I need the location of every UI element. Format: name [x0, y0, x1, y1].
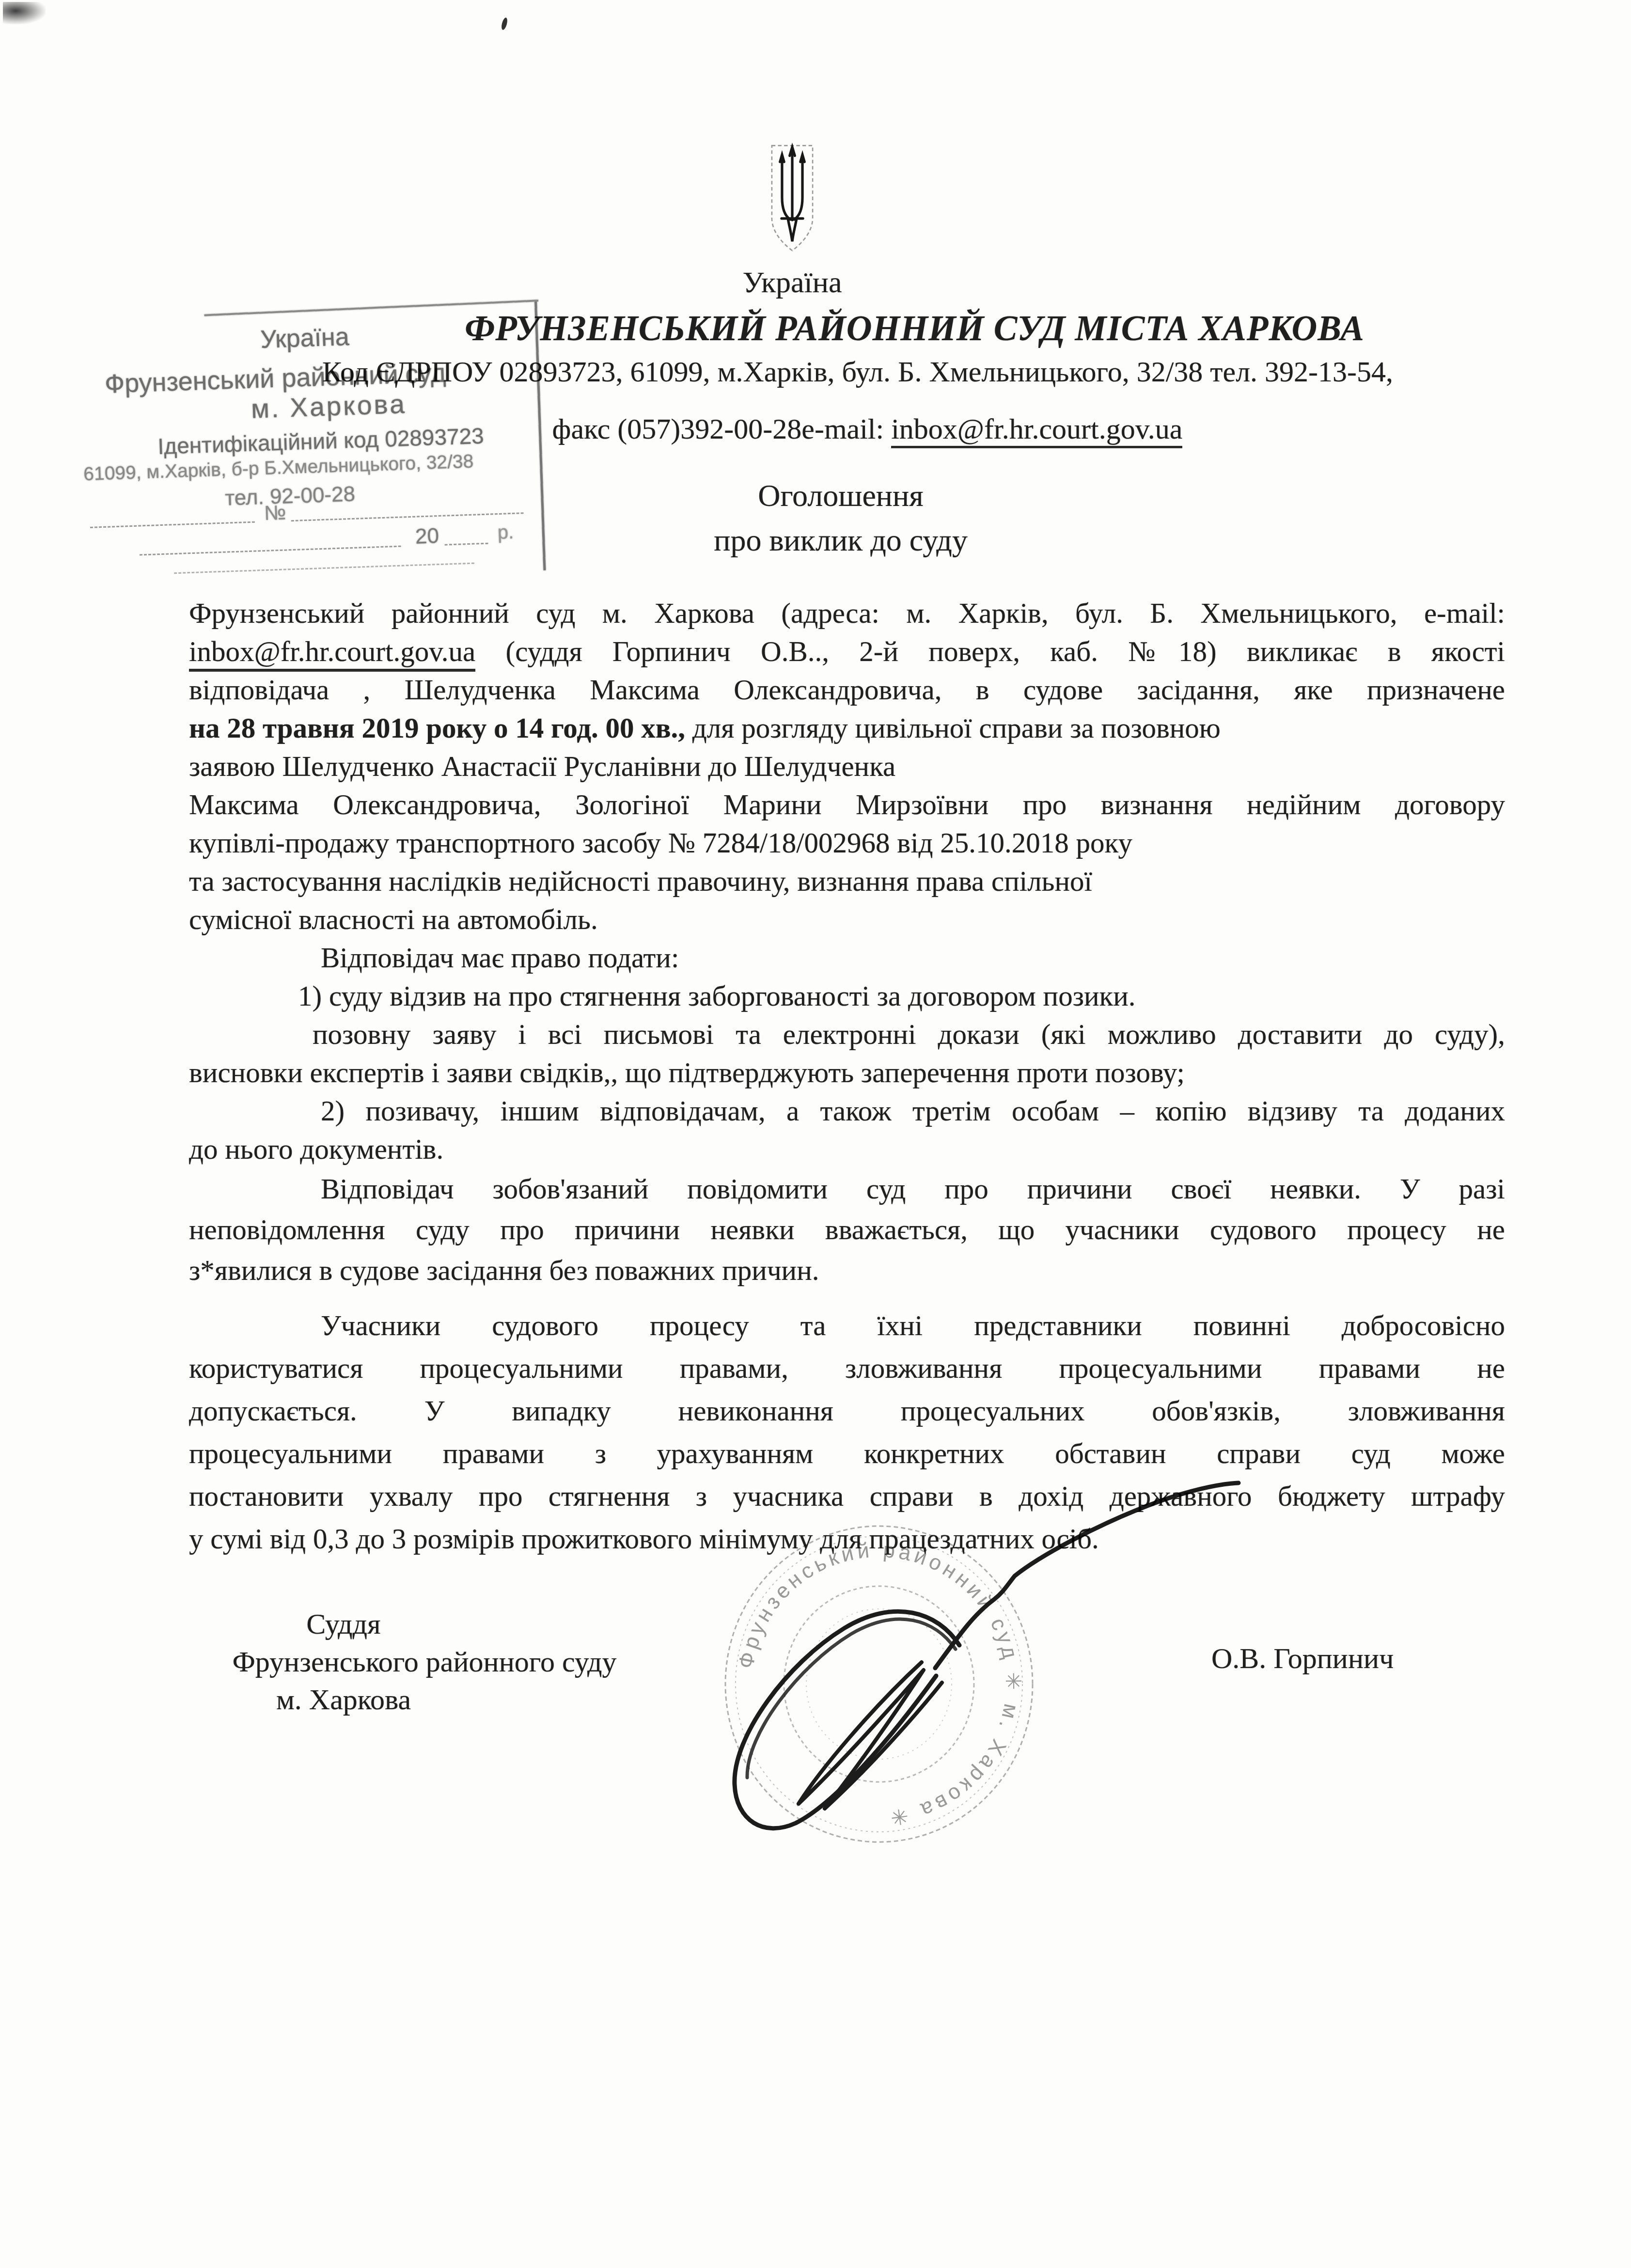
body-line: користуватися процесуальними правами, зл… [189, 1347, 1505, 1389]
scan-smudge [3, 2, 46, 24]
court-seal-and-signature: Фрунзенський районний суд ✳ м. Харкова ✳ [669, 1464, 1299, 1924]
body-line: позовну заяву і всі письмові та електрон… [189, 1015, 1505, 1054]
hearing-date-bold: на 28 травня 2019 року о 14 год. 00 хв., [189, 712, 685, 744]
body-line: Максима Олександровича, Зологіної Марини… [189, 786, 1505, 824]
ukraine-trident-emblem-icon [766, 142, 819, 260]
body-line: допускається. У випадку невиконання проц… [189, 1389, 1505, 1432]
stamp-city: м. Харкова [251, 388, 407, 425]
stamp-phone: тел. 92-00-28 [224, 482, 355, 511]
seal-rings [725, 1526, 1033, 1842]
signature-caption-block: Суддя Фрунзенського районного суду м. Ха… [196, 1605, 653, 1718]
stamp-ruled-line [291, 512, 524, 521]
stamp-border [204, 299, 539, 316]
body-line-text: для розгляду цивільної справи за позовно… [685, 712, 1221, 744]
email-underlined: inbox@fr.hr.court.gov.ua [189, 635, 475, 672]
body-line: сумісної власності на автомобіль. [189, 900, 1505, 939]
court-name-heading: ФРУНЗЕНСЬКИЙ РАЙОННИЙ СУД МІСТА ХАРКОВА [436, 308, 1393, 349]
judge-title: Суддя [196, 1605, 491, 1643]
body-line: неповідомлення суду про причини неявки в… [189, 1209, 1505, 1250]
body-line: Відповідач має право подати: [189, 939, 1505, 977]
body-line: 1) суду відзив на про стягнення заборгов… [189, 977, 1505, 1015]
body-line: 2) позивачу, іншим відповідачам, а також… [189, 1092, 1505, 1130]
body-line: Учасники судового процесу та їхні предст… [189, 1304, 1505, 1347]
body-line: Фрунзенський районний суд м. Харкова (ад… [189, 594, 1505, 632]
body-line: Відповідач зобов'язаний повідомити суд п… [189, 1168, 1505, 1209]
body-line: з*явилися в судове засідання без поважни… [189, 1250, 1505, 1291]
stamp-ruled-line [445, 543, 488, 546]
fax-label: факс (057)392-00-28e-mail: [552, 413, 892, 445]
judge-city: м. Харкова [196, 1681, 491, 1718]
stamp-country: Україна [260, 322, 349, 354]
body-line: відповідача , Шелудченка Максима Олексан… [189, 671, 1505, 709]
body-line: до нього документів. [189, 1130, 1505, 1168]
body-line-text: (суддя Горпинич О.В.., 2-й поверх, каб. … [475, 635, 1505, 667]
body-section-1: Фрунзенський районний суд м. Харкова (ад… [189, 594, 1505, 1168]
body-section-2: Відповідач зобов'язаний повідомити суд п… [189, 1168, 1505, 1291]
country-name: Україна [678, 266, 906, 300]
stamp-ruled-line [174, 563, 474, 574]
document-body: Фрунзенський районний суд м. Харкова (ад… [189, 594, 1505, 1560]
body-line: на 28 травня 2019 року о 14 год. 00 хв.,… [189, 709, 1505, 747]
body-line: заявою Шелудченко Анастасії Русланівни д… [189, 747, 1505, 786]
body-line: висновки експертів і заяви свідків,, що … [189, 1054, 1505, 1092]
body-line: купівлі-продажу транспортного засобу № 7… [189, 824, 1505, 862]
scanned-court-document: Україна ФРУНЗЕНСЬКИЙ РАЙОННИЙ СУД МІСТА … [0, 0, 1631, 2268]
scan-smudge [501, 17, 508, 31]
stamp-year-suffix: р. [497, 521, 514, 544]
stamp-ruled-line [140, 546, 401, 556]
stamp-address: 61099, м.Харків, б-р Б.Хмельницького, 32… [83, 451, 474, 486]
court-email: inbox@fr.hr.court.gov.ua [891, 413, 1182, 448]
court-registry-stamp: Україна Фрунзенський районний суд м. Хар… [63, 283, 549, 589]
stamp-number-label: № [264, 501, 286, 525]
body-line: та застосування наслідків недійсності пр… [189, 862, 1505, 900]
stamp-year-label: 20 [415, 524, 439, 549]
body-line: inbox@fr.hr.court.gov.ua (суддя Горпинич… [189, 632, 1505, 671]
seal-ring-label: Фрунзенський районний суд ✳ м. Харкова ✳ [734, 1538, 1025, 1830]
judge-court: Фрунзенського районного суду [196, 1643, 653, 1681]
stamp-ruled-line [90, 521, 255, 528]
